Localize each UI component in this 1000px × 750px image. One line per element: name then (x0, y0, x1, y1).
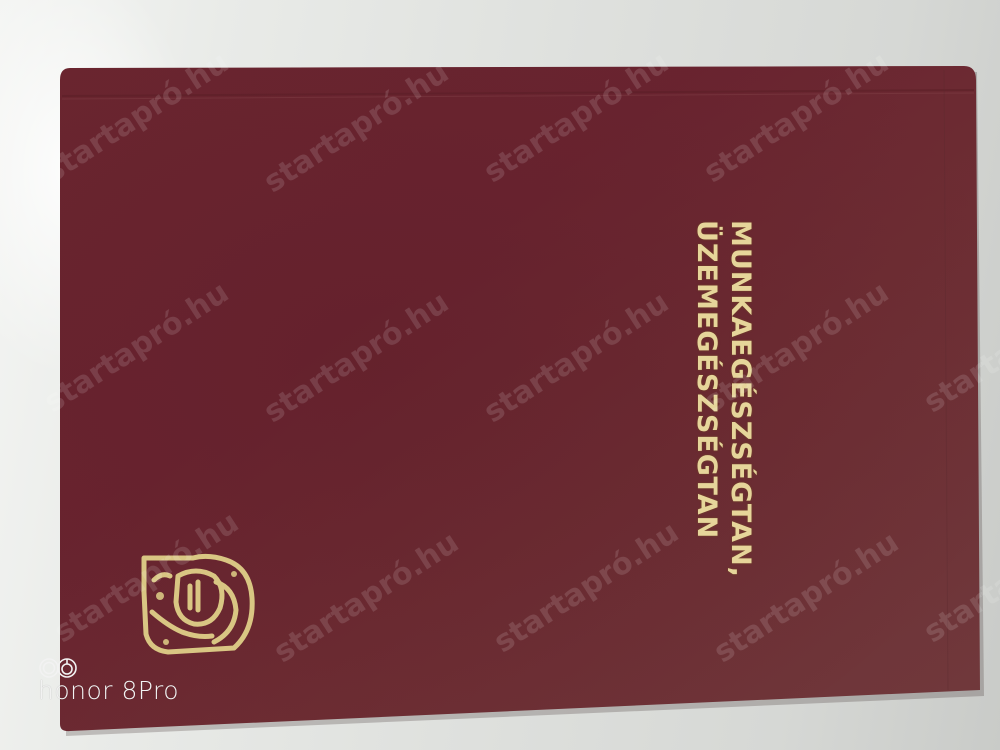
book-title: MUNKAEGÉSZSÉGTAN, ÜZEMEGÉSZSÉGTAN (640, 210, 760, 580)
portrait-emblem-icon (138, 552, 258, 657)
book-title-line-2: ÜZEMEGÉSZSÉGTAN (691, 220, 722, 539)
book: MUNKAEGÉSZSÉGTAN, ÜZEMEGÉSZSÉGTAN (0, 0, 1000, 750)
book-title-line-1: MUNKAEGÉSZSÉGTAN, (725, 220, 756, 578)
camera-brand-text: honor 8Pro (38, 676, 179, 705)
